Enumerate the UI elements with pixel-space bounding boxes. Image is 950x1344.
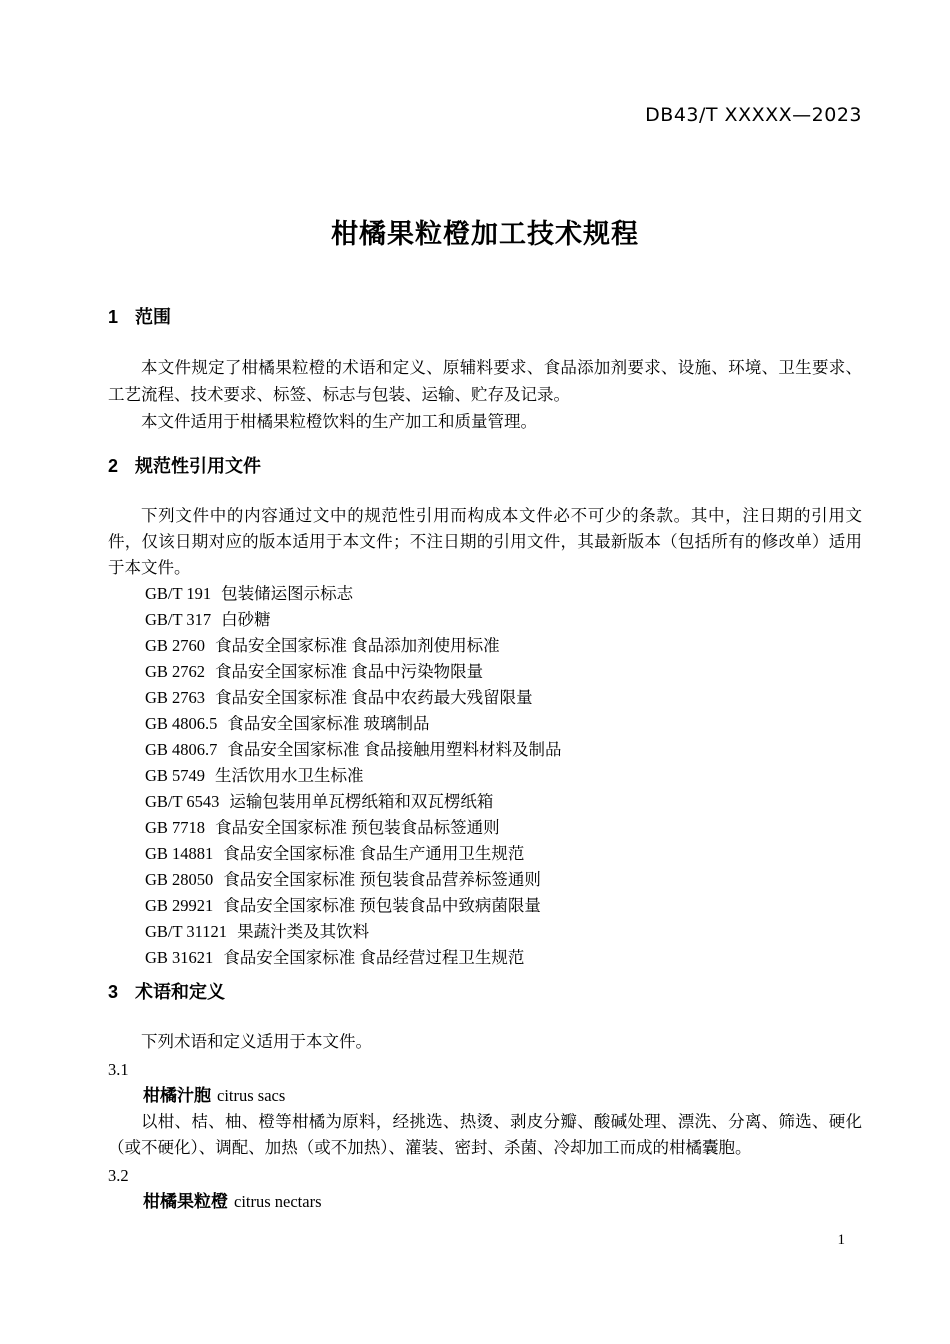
reference-title: 食品安全国家标准 食品中污染物限量: [215, 662, 483, 681]
document-page: DB43/T XXXXX—2023 柑橘果粒橙加工技术规程 1范围 本文件规定了…: [0, 0, 950, 1344]
term-definition: 以柑、桔、柚、橙等柑橘为原料，经挑选、热烫、剥皮分瓣、酸碱处理、漂洗、分离、筛选…: [108, 1109, 862, 1161]
term-entry-3-2: 3.2 柑橘果粒橙citrus nectars: [108, 1165, 862, 1213]
reference-title: 食品安全国家标准 食品生产通用卫生规范: [223, 844, 524, 863]
section-3-heading: 3术语和定义: [108, 981, 862, 1003]
reference-item: GB 14881食品安全国家标准 食品生产通用卫生规范: [108, 841, 862, 867]
term-name-en: citrus sacs: [217, 1086, 285, 1105]
reference-item: GB/T 6543运输包装用单瓦楞纸箱和双瓦楞纸箱: [108, 789, 862, 815]
reference-title: 食品安全国家标准 预包装食品标签通则: [215, 818, 500, 837]
reference-item: GB 7718食品安全国家标准 预包装食品标签通则: [108, 815, 862, 841]
reference-item: GB 2762食品安全国家标准 食品中污染物限量: [108, 659, 862, 685]
reference-item: GB 4806.5食品安全国家标准 玻璃制品: [108, 711, 862, 737]
reference-code: GB 2762: [145, 659, 205, 685]
reference-code: GB/T 6543: [145, 789, 219, 815]
normative-references-list: GB/T 191包装储运图示标志 GB/T 317白砂糖 GB 2760食品安全…: [108, 581, 862, 971]
section-1-number: 1: [108, 306, 118, 328]
term-entry-3-1: 3.1 柑橘汁胞citrus sacs 以柑、桔、柚、橙等柑橘为原料，经挑选、热…: [108, 1059, 862, 1161]
reference-code: GB 4806.7: [145, 737, 217, 763]
section-1-title: 范围: [135, 307, 171, 327]
reference-title: 生活饮用水卫生标准: [215, 766, 364, 785]
reference-code: GB 5749: [145, 763, 205, 789]
normative-references-intro: 下列文件中的内容通过文中的规范性引用而构成本文件必不可少的条款。其中，注日期的引…: [108, 503, 862, 581]
standard-number-header: DB43/T XXXXX—2023: [108, 104, 862, 126]
reference-item: GB 29921食品安全国家标准 预包装食品中致病菌限量: [108, 893, 862, 919]
reference-title: 食品安全国家标准 食品经营过程卫生规范: [223, 948, 524, 967]
section-3-title: 术语和定义: [135, 982, 225, 1002]
term-name-zh: 柑橘果粒橙: [143, 1192, 228, 1211]
reference-item: GB/T 31121果蔬汁类及其饮料: [108, 919, 862, 945]
reference-title: 食品安全国家标准 玻璃制品: [227, 714, 429, 733]
reference-title: 食品安全国家标准 食品添加剂使用标准: [215, 636, 500, 655]
page-number: 1: [838, 1232, 846, 1249]
document-body: 1范围 本文件规定了柑橘果粒橙的术语和定义、原辅料要求、食品添加剂要求、设施、环…: [108, 306, 862, 1213]
reference-title: 白砂糖: [221, 610, 271, 629]
section-2-heading: 2规范性引用文件: [108, 455, 862, 477]
reference-item: GB 28050食品安全国家标准 预包装食品营养标签通则: [108, 867, 862, 893]
document-title: 柑橘果粒橙加工技术规程: [108, 212, 862, 251]
section-2-number: 2: [108, 455, 118, 477]
reference-code: GB 31621: [145, 945, 213, 971]
reference-title: 食品安全国家标准 预包装食品中致病菌限量: [223, 896, 541, 915]
reference-title: 食品安全国家标准 食品接触用塑料材料及制品: [227, 740, 561, 759]
reference-code: GB 7718: [145, 815, 205, 841]
term-name-line: 柑橘汁胞citrus sacs: [108, 1085, 862, 1107]
section-2-title: 规范性引用文件: [135, 456, 261, 476]
reference-title: 食品安全国家标准 预包装食品营养标签通则: [223, 870, 541, 889]
reference-title: 果蔬汁类及其饮料: [237, 922, 369, 941]
reference-code: GB 28050: [145, 867, 213, 893]
reference-code: GB 4806.5: [145, 711, 217, 737]
reference-code: GB 2763: [145, 685, 205, 711]
reference-item: GB 5749生活饮用水卫生标准: [108, 763, 862, 789]
reference-item: GB/T 317白砂糖: [108, 607, 862, 633]
reference-title: 包装储运图示标志: [221, 584, 353, 603]
reference-title: 食品安全国家标准 食品中农药最大残留限量: [215, 688, 533, 707]
term-number: 3.1: [108, 1059, 862, 1081]
reference-code: GB 29921: [145, 893, 213, 919]
term-name-en: citrus nectars: [234, 1192, 322, 1211]
scope-paragraph-2: 本文件适用于柑橘果粒橙饮料的生产加工和质量管理。: [108, 408, 862, 435]
section-3-number: 3: [108, 981, 118, 1003]
reference-code: GB 14881: [145, 841, 213, 867]
term-name-line: 柑橘果粒橙citrus nectars: [108, 1191, 862, 1213]
reference-code: GB/T 317: [145, 607, 211, 633]
term-name-zh: 柑橘汁胞: [143, 1086, 211, 1105]
reference-item: GB 2760食品安全国家标准 食品添加剂使用标准: [108, 633, 862, 659]
reference-code: GB/T 191: [145, 581, 211, 607]
reference-code: GB/T 31121: [145, 919, 227, 945]
reference-code: GB 2760: [145, 633, 205, 659]
terms-intro: 下列术语和定义适用于本文件。: [108, 1029, 862, 1055]
reference-title: 运输包装用单瓦楞纸箱和双瓦楞纸箱: [229, 792, 493, 811]
scope-paragraph-1: 本文件规定了柑橘果粒橙的术语和定义、原辅料要求、食品添加剂要求、设施、环境、卫生…: [108, 354, 862, 408]
reference-item: GB/T 191包装储运图示标志: [108, 581, 862, 607]
reference-item: GB 2763食品安全国家标准 食品中农药最大残留限量: [108, 685, 862, 711]
term-number: 3.2: [108, 1165, 862, 1187]
reference-item: GB 4806.7食品安全国家标准 食品接触用塑料材料及制品: [108, 737, 862, 763]
section-1-heading: 1范围: [108, 306, 862, 328]
reference-item: GB 31621食品安全国家标准 食品经营过程卫生规范: [108, 945, 862, 971]
